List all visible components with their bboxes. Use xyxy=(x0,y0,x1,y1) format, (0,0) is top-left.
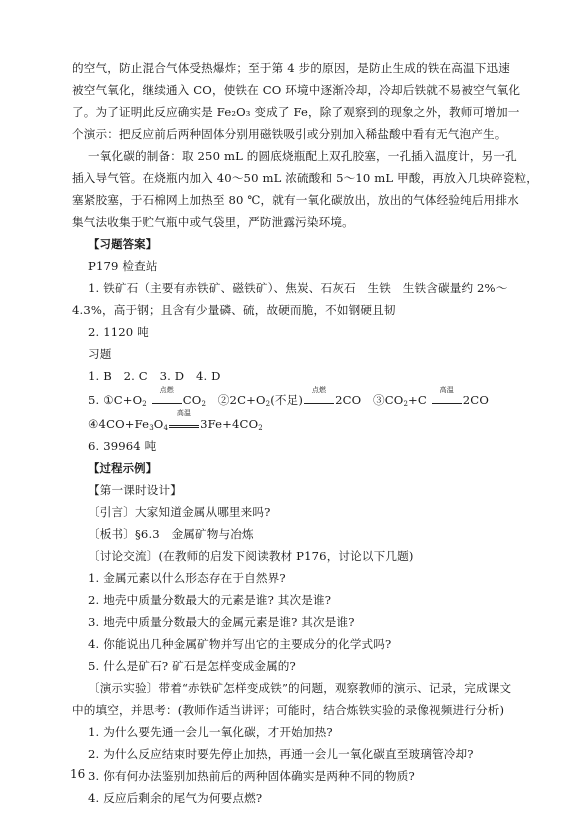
demo-line-cont: 中的填空，并思考：(教师作适当讲评；可能时，结合炼铁实验的录像视频进行分析) xyxy=(72,700,504,720)
exercises-title: 习题 xyxy=(88,344,112,364)
reaction-arrow-high-temp: 高温 xyxy=(169,417,199,428)
equation-line-5: 5. ①C+O2 点燃CO2 ②2C+O2(不足)点燃2CO ③CO2+C 高温… xyxy=(88,390,489,410)
discussion-question: 5. 什么是矿石? 矿石是怎样变成金属的? xyxy=(88,656,296,676)
demo-question: 3. 你有何办法鉴别加热前后的两种固体确实是两种不同的物质? xyxy=(88,766,415,786)
discussion-question: 4. 你能说出几种金属矿物并写出它的主要成分的化学式吗? xyxy=(88,634,391,654)
discussion-question: 2. 地壳中质量分数最大的元素是谁? 其次是谁? xyxy=(88,590,331,610)
paragraph-line: 被空气氧化，继续通入 CO，使铁在 CO 环境中逐渐冷却，冷却后铁就不易被空气氧… xyxy=(72,80,520,100)
equation-line-5-cont: ④4CO+Fe3O4高温3Fe+4CO2 xyxy=(88,414,263,434)
board-tag: 〔板书〕 xyxy=(88,527,135,541)
demo-question: 2. 为什么反应结束时要先停止加热，再通一会儿一氧化碳直至玻璃管冷却? xyxy=(88,744,474,764)
discussion-question: 3. 地壳中质量分数最大的金属元素是谁? 其次是谁? xyxy=(88,612,355,632)
intro-line: 〔引言〕大家知道金属从哪里来吗? xyxy=(88,502,271,522)
board-line: 〔板书〕§6.3 金属矿物与冶炼 xyxy=(88,524,254,544)
lesson-heading: 【第一课时设计】 xyxy=(88,480,182,500)
discussion-question: 1. 金属元素以什么形态存在于自然界? xyxy=(88,568,286,588)
discussion-tag: 〔讨论交流〕 xyxy=(88,549,158,563)
page-number: 16 xyxy=(70,767,85,781)
demo-tag: 〔演示实验〕 xyxy=(88,681,158,695)
discussion-line: 〔讨论交流〕(在教师的启发下阅读教材 P176，讨论以下几题) xyxy=(88,546,414,566)
exercise-answer-6: 6. 39964 吨 xyxy=(88,436,156,456)
demo-line: 〔演示实验〕带着“赤铁矿怎样变成铁”的问题，观察教师的演示、记录，完成课文 xyxy=(88,678,511,698)
paragraph-line: 一氧化碳的制备：取 250 mL 的圆底烧瓶配上双孔胶塞，一孔插入温度计，另一孔 xyxy=(88,146,517,166)
demo-question: 1. 为什么要先通一会儿一氧化碳，才开始加热? xyxy=(88,722,333,742)
paragraph-line: 个演示：把反应前后两种固体分别用磁铁吸引或分别加入稀盐酸中看有无气泡产生。 xyxy=(72,124,507,144)
checkpoint-answer-1-cont: 4.3%，高于钢；且含有少量磷、硫，故硬而脆，不如钢硬且韧 xyxy=(72,300,396,320)
checkpoint-answer-2: 2. 1120 吨 xyxy=(88,322,149,342)
reaction-arrow-ignite: 点燃 xyxy=(152,394,182,404)
checkpoint-title: P179 检查站 xyxy=(88,256,158,276)
section-heading-process: 【过程示例】 xyxy=(88,458,157,478)
intro-tag: 〔引言〕 xyxy=(88,505,135,519)
section-heading-answers: 【习题答案】 xyxy=(88,234,157,254)
paragraph-line: 插入导气管。在烧瓶内加入 40～50 mL 浓硫酸和 5～10 mL 甲酸，再放… xyxy=(72,168,538,188)
reaction-arrow-high-temp: 高温 xyxy=(432,394,462,404)
paragraph-line: 的空气，防止混合气体受热爆炸；至于第 4 步的原因，是防止生成的铁在高温下迅速 xyxy=(72,58,510,78)
demo-question: 4. 反应后剩余的尾气为何要点燃? xyxy=(88,788,262,808)
paragraph-line: 塞紧胶塞，于石棉网上加热至 80 ℃，就有一氧化碳放出，放出的气体经验纯后用排水 xyxy=(72,190,519,210)
paragraph-line: 了。为了证明此反应确实是 Fe₂O₃ 变成了 Fe，除了观察到的现象之外，教师可… xyxy=(72,102,519,122)
reaction-arrow-ignite: 点燃 xyxy=(304,394,334,404)
checkpoint-answer-1: 1. 铁矿石（主要有赤铁矿、磁铁矿）、焦炭、石灰石 生铁 生铁含碳量约 2%～ xyxy=(88,278,507,298)
paragraph-line: 集气法收集于贮气瓶中或气袋里，严防泄露污染环境。 xyxy=(72,212,354,232)
exercises-mc-answers: 1. B 2. C 3. D 4. D xyxy=(88,366,221,386)
